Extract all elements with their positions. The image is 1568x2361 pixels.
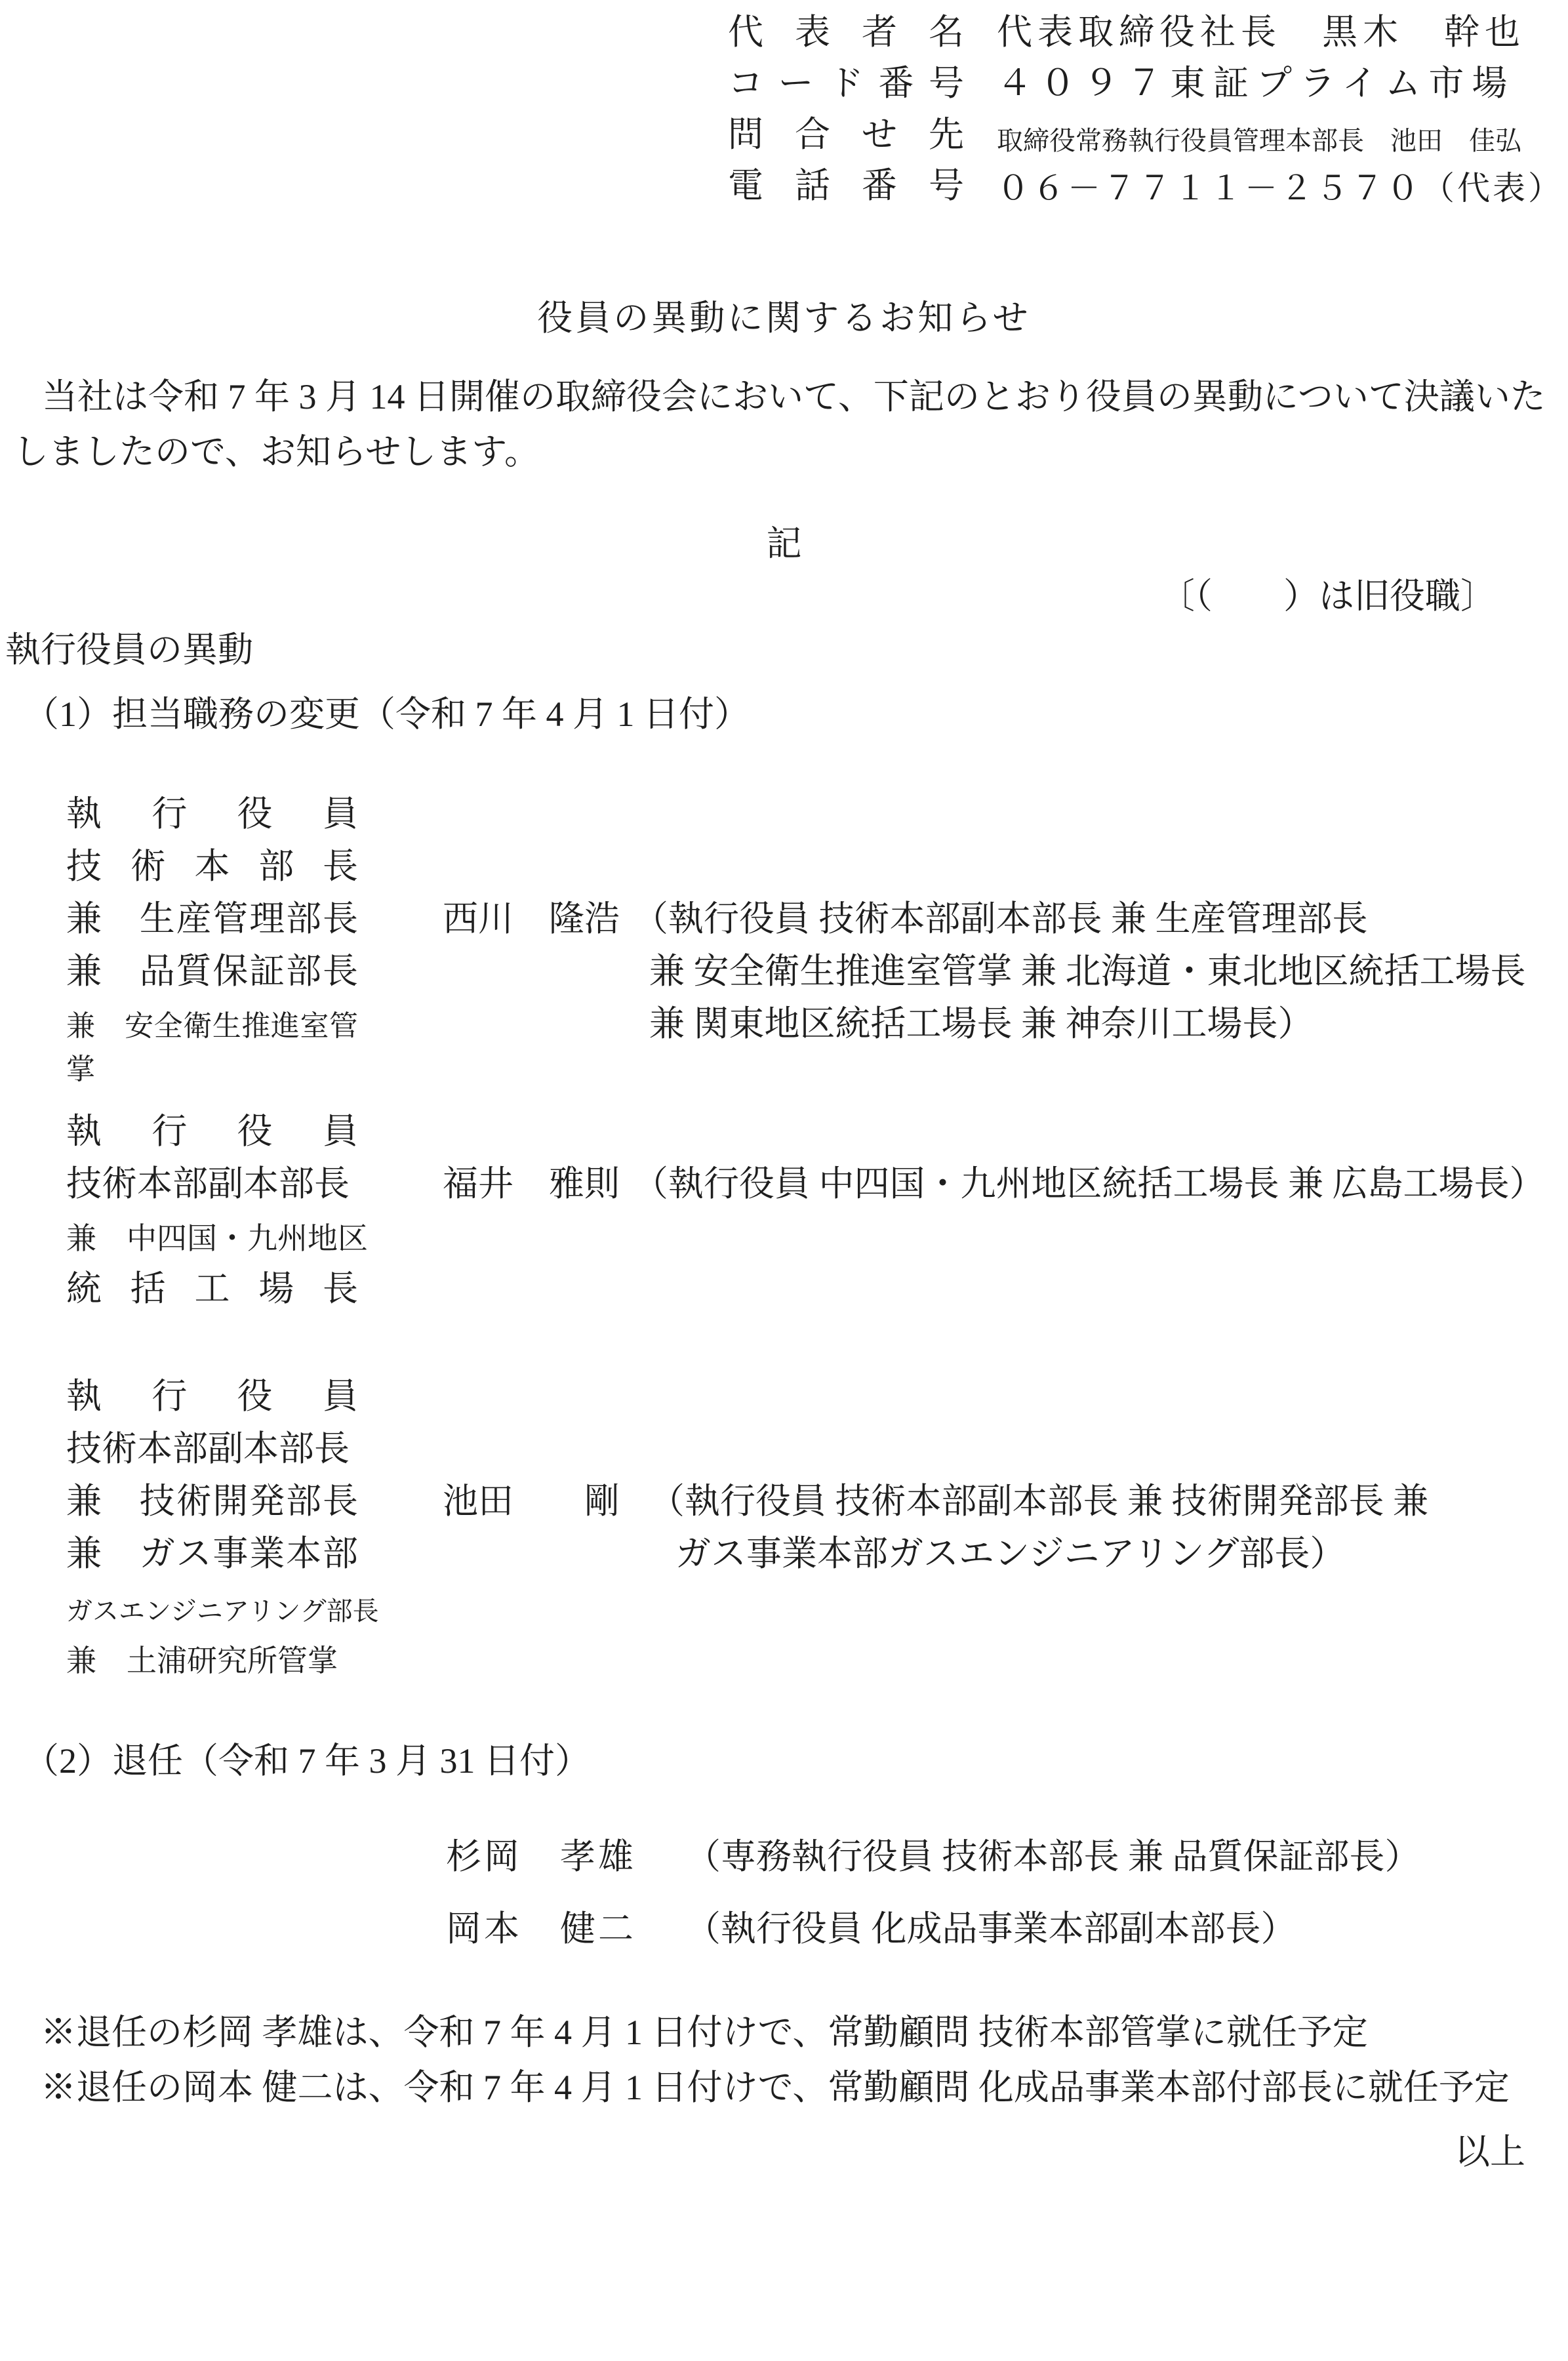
appointment-2-new-position-line-1: 執行役員 xyxy=(66,1110,358,1153)
legend-old-position: 〔（ ）は旧役職〕 xyxy=(1159,575,1496,618)
appointment-3-new-position-line-3: 兼 技術開発部長 xyxy=(66,1480,358,1523)
note-1: ※退任の杉岡 孝雄は、令和 7 年 4 月 1 日付けで、常勤顧問 技術本部管掌… xyxy=(41,2011,1368,2054)
appointment-1-new-position-line-1: 執行役員 xyxy=(66,792,358,836)
retirement-2-name: 岡本 健二 xyxy=(446,1907,636,1950)
closing-mark: 以上 xyxy=(1455,2130,1525,2173)
appointment-2-name: 福井 雅則 xyxy=(443,1162,620,1205)
header-value-code-number: ４０９７東証プライム市場 xyxy=(997,62,1515,105)
appointment-3-new-position-line-2: 技術本部副本部長 xyxy=(66,1427,350,1470)
appointment-1-new-position-line-3: 兼 生産管理部長 xyxy=(66,897,358,940)
appointment-3-old-position-line-1: （執行役員 技術本部副本部長 兼 技術開発部長 兼 xyxy=(649,1480,1428,1523)
appointment-2-new-position-line-4: 統括工場長 xyxy=(66,1267,358,1310)
note-2: ※退任の岡本 健二は、令和 7 年 4 月 1 日付けで、常勤顧問 化成品事業本… xyxy=(41,2066,1510,2109)
header-label-phone-number: 電話番号 xyxy=(728,164,964,207)
appointment-1-new-position-line-5: 兼 安全衛生推進室管掌 xyxy=(66,1005,358,1091)
header-value-representative: 代表取締役社長 黒木 幹也 xyxy=(997,10,1525,54)
appointment-1-old-position-line-3: 兼 関東地区統括工場長 兼 神奈川工場長） xyxy=(649,1002,1314,1045)
appointment-1-old-position-line-1: （執行役員 技術本部副本部長 兼 生産管理部長 xyxy=(633,897,1368,940)
retirement-2-old-position: （執行役員 化成品事業本部副本部長） xyxy=(685,1907,1297,1950)
header-label-representative: 代表者名 xyxy=(728,10,964,54)
header-value-contact: 取締役常務執行役員管理本部長 池田 佳弘 xyxy=(997,119,1521,163)
appointment-3-new-position-line-4: 兼 ガス事業本部 xyxy=(66,1532,358,1575)
appointment-3-old-position-line-2: ガス事業本部ガスエンジニアリング部長） xyxy=(675,1532,1345,1575)
appointment-3-new-position-line-1: 執行役員 xyxy=(66,1375,358,1418)
appointment-1-new-position-line-4: 兼 品質保証部長 xyxy=(66,950,358,993)
section-heading-exec-changes: 執行役員の異動 xyxy=(5,628,253,672)
appointment-3-new-position-line-6: 兼 土浦研究所管掌 xyxy=(66,1640,338,1683)
appointment-1-new-position-line-2: 技術本部長 xyxy=(66,845,358,888)
appointment-3-new-position-line-5: ガスエンジニアリング部長 xyxy=(66,1590,379,1633)
appointment-2-new-position-line-2: 技術本部副本部長 xyxy=(66,1162,350,1205)
record-mark: 記 xyxy=(0,522,1568,565)
appointment-3-name: 池田 剛 xyxy=(443,1480,620,1523)
appointment-1-name: 西川 隆浩 xyxy=(443,897,620,940)
page-title: 役員の異動に関するお知らせ xyxy=(0,296,1568,340)
appointment-2-old-position-line-1: （執行役員 中四国・九州地区統括工場長 兼 広島工場長） xyxy=(633,1162,1545,1205)
header-value-phone-number: ０６－７７１１－２５７０（代表） xyxy=(997,167,1563,210)
appointment-2-new-position-line-3: 兼 中四国・九州地区 xyxy=(66,1217,368,1261)
body-paragraph-line-2: しましたので、お知らせします。 xyxy=(13,430,540,474)
appointment-1-old-position-line-2: 兼 安全衛生推進室管掌 兼 北海道・東北地区統括工場長 xyxy=(649,950,1526,993)
header-label-code-number: コード番号 xyxy=(728,62,964,105)
subsection-2-heading: （2）退任（令和 7 年 3 月 31 日付） xyxy=(24,1739,590,1783)
header-label-contact: 問合せ先 xyxy=(728,113,964,156)
retirement-1-old-position: （専務執行役員 技術本部長 兼 品質保証部長） xyxy=(685,1835,1420,1878)
retirement-1-name: 杉岡 孝雄 xyxy=(446,1835,636,1878)
document-page: 代表者名 代表取締役社長 黒木 幹也 コード番号 ４０９７東証プライム市場 問合… xyxy=(0,0,1568,2361)
body-paragraph-line-1: 当社は令和 7 年 3 月 14 日開催の取締役会において、下記のとおり役員の異… xyxy=(42,375,1546,418)
subsection-1-heading: （1）担当職務の変更（令和 7 年 4 月 1 日付） xyxy=(24,693,750,736)
